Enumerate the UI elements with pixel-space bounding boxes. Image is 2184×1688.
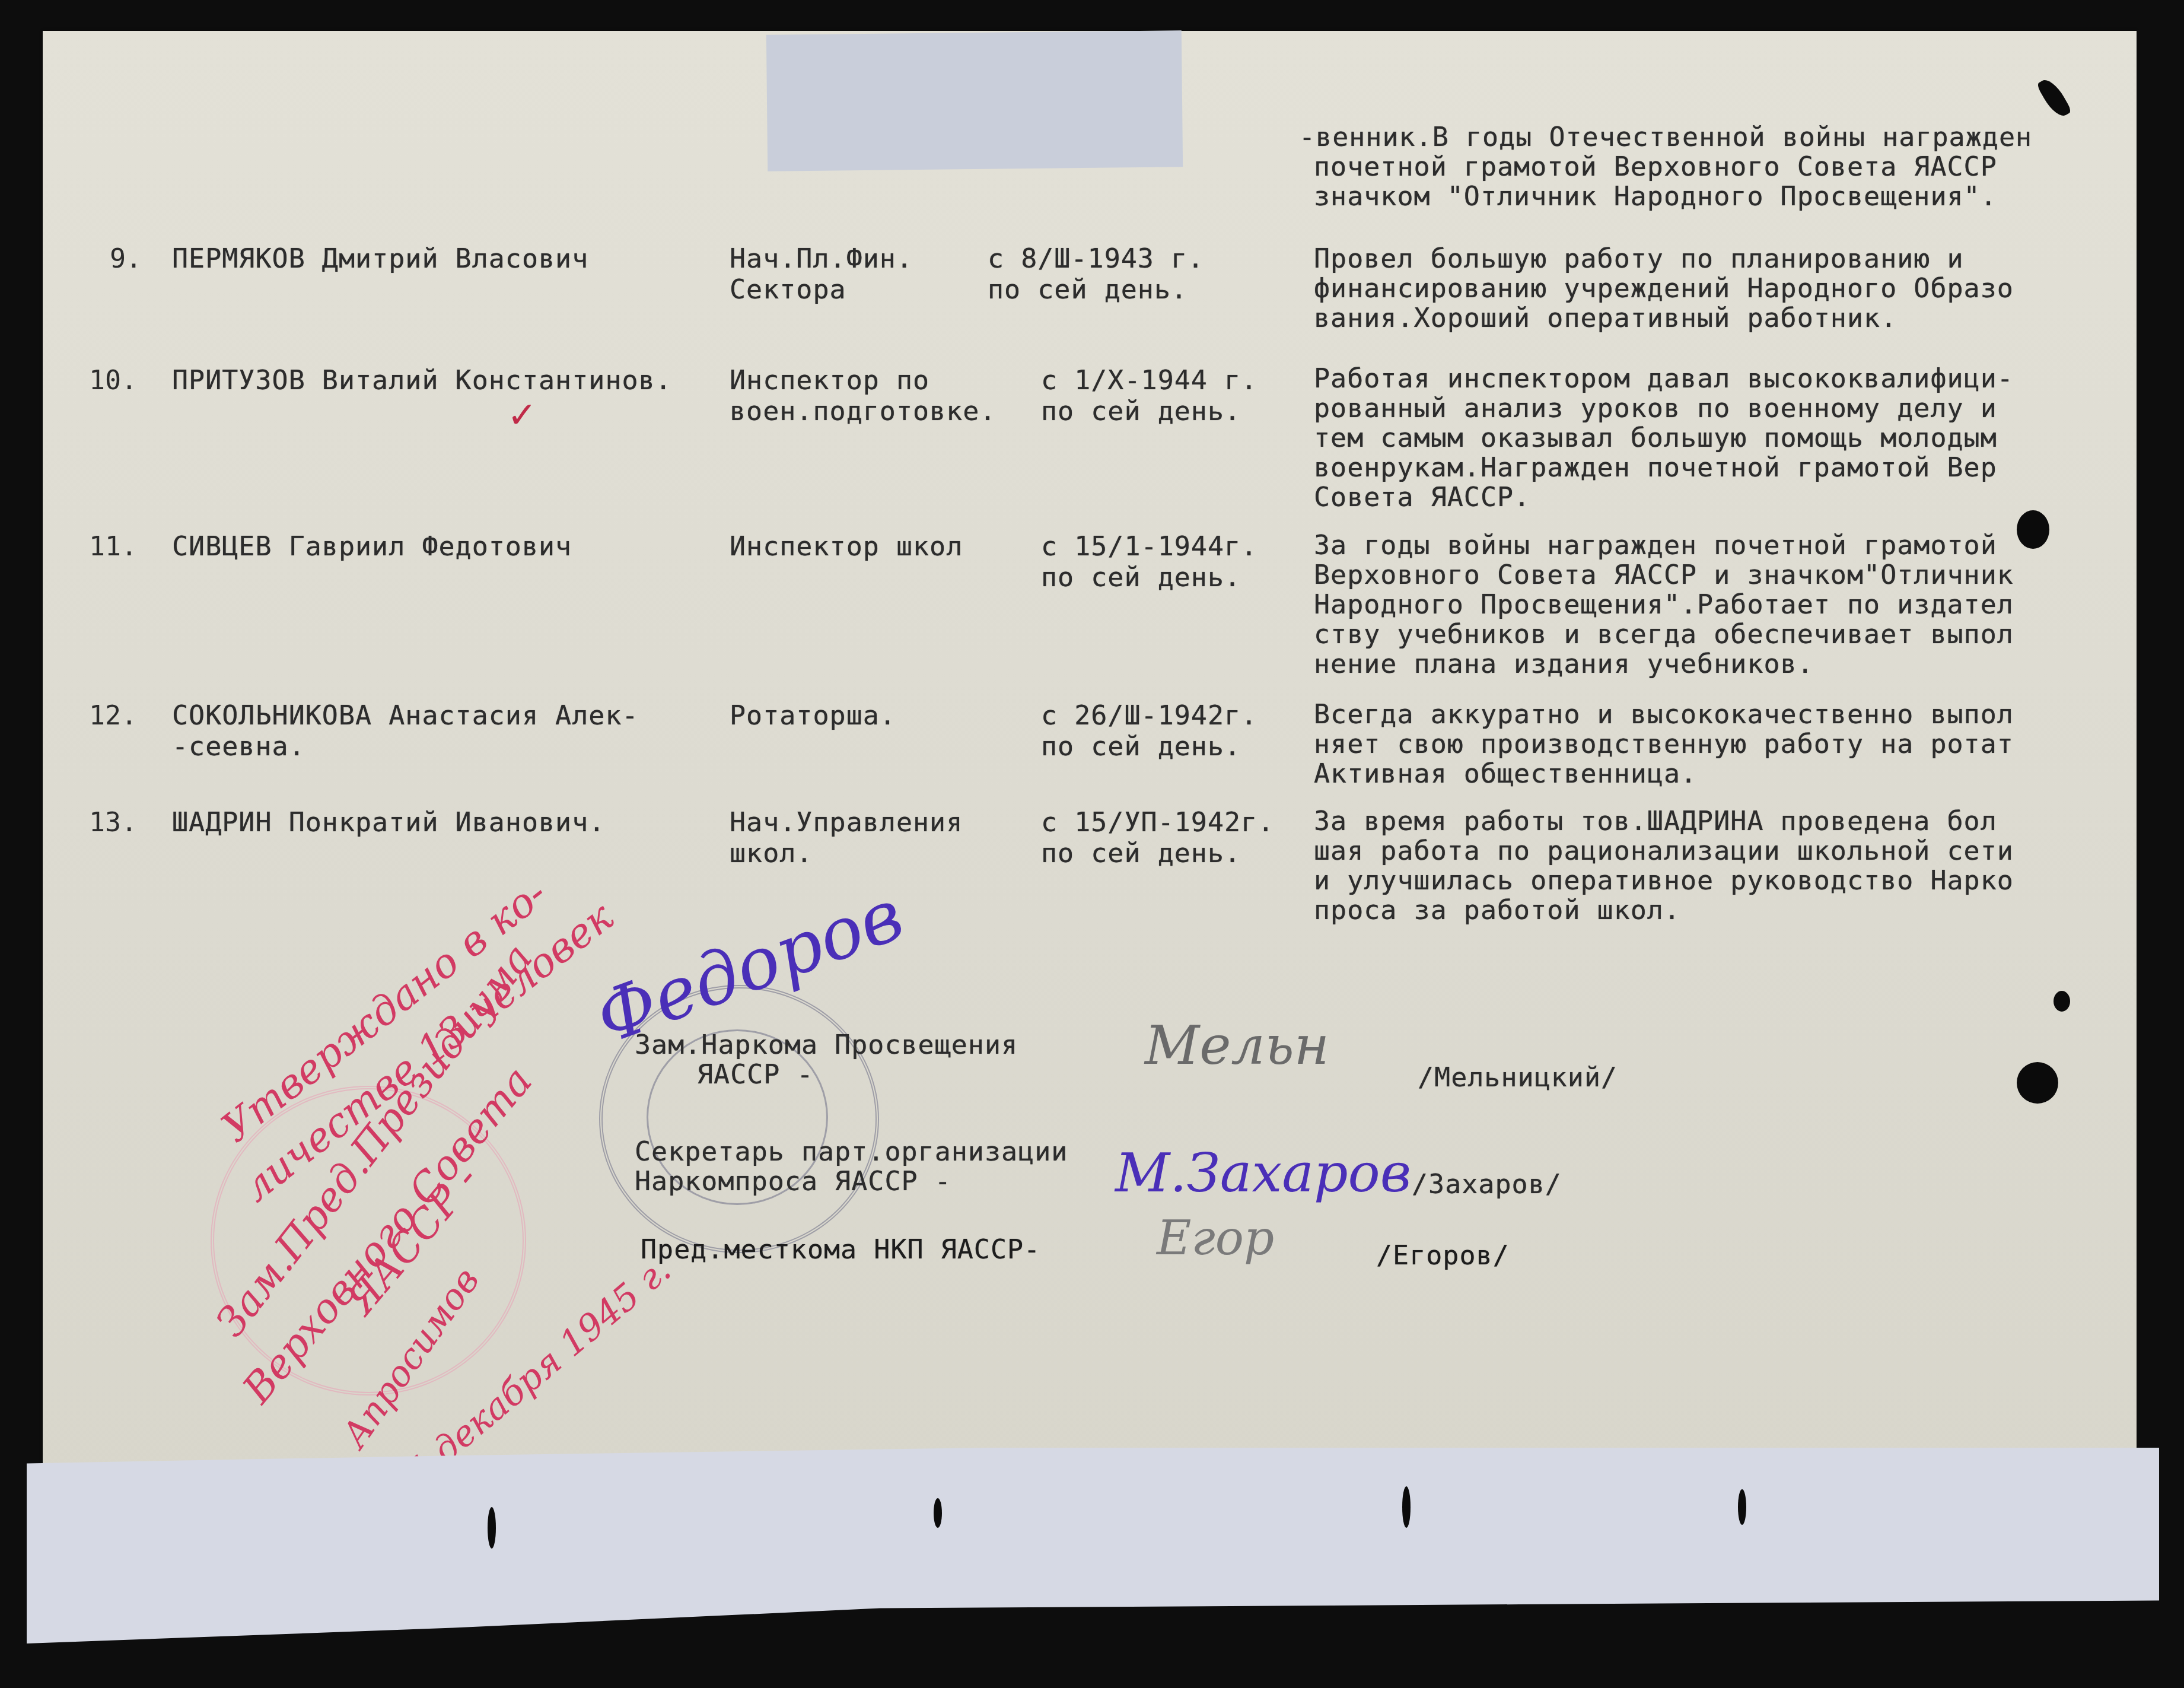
entry-characterization: Верховного Совета ЯАССР и значком"Отличн… xyxy=(1314,560,2014,590)
entry-name-continued: -сеевна. xyxy=(172,731,305,762)
entry-period: с 15/УП-1942г. xyxy=(1041,807,1274,838)
entry-characterization: ству учебников и всегда обеспечивает вып… xyxy=(1314,619,2014,650)
continuation-line: почетной грамотой Верховного Совета ЯАСС… xyxy=(1314,151,1997,182)
entry-period: по сей день. xyxy=(1041,396,1241,427)
entry-name: ШАДРИН Понкратий Иванович. xyxy=(172,807,605,838)
entry-period: с 8/Ш-1943 г. xyxy=(988,243,1204,274)
entry-name: ПРИТУЗОВ Виталий Константинов. xyxy=(172,365,672,396)
entry-characterization: Совета ЯАССР. xyxy=(1314,482,1530,513)
entry-characterization: няет свою производственную работу на рот… xyxy=(1314,729,2014,759)
signatory-title: Пред.месткома НКП ЯАССР- xyxy=(641,1234,1040,1265)
entry-name: СИВЦЕВ Гавриил Федотович xyxy=(172,531,572,562)
signatory-name: /Егоров/ xyxy=(1376,1240,1510,1271)
punch-hole xyxy=(488,1507,496,1549)
entry-characterization: вания.Хороший оперативный работник. xyxy=(1314,303,1897,333)
continuation-line: -венник.В годы Отечественной войны награ… xyxy=(1299,122,2032,152)
signatory-name: /Захаров/ xyxy=(1412,1169,1562,1200)
entry-characterization: За время работы тов.ШАДРИНА проведена бо… xyxy=(1314,806,1997,837)
punch-hole xyxy=(2017,510,2049,549)
entry-position: Нач.Управления xyxy=(730,807,963,838)
entry-characterization: рованный анализ уроков по военному делу … xyxy=(1314,393,1997,424)
signatory-title: Наркомпроса ЯАССР - xyxy=(635,1166,951,1197)
punch-hole xyxy=(2054,991,2070,1012)
entry-characterization: Всегда аккуратно и высококачественно вып… xyxy=(1314,699,2014,730)
entry-characterization: шая работа по рационализации школьной се… xyxy=(1314,835,2014,866)
punch-hole xyxy=(1402,1486,1411,1528)
entry-characterization: и улучшилась оперативное руководство Нар… xyxy=(1314,865,2014,896)
signatory-name: /Мельницкий/ xyxy=(1418,1062,1618,1093)
check-mark: ✓ xyxy=(507,395,537,436)
entry-period: с 1/Х-1944 г. xyxy=(1041,365,1257,396)
entry-characterization: Провел большую работу по планированию и xyxy=(1314,243,1964,274)
entry-characterization: военрукам.Награжден почетной грамотой Ве… xyxy=(1314,452,1997,483)
continuation-line: значком "Отличник Народного Просвещения"… xyxy=(1314,181,1997,212)
entry-position: Ротаторша. xyxy=(730,700,896,731)
entry-number: 13. xyxy=(89,807,137,838)
entry-position: Инспектор школ xyxy=(730,531,963,562)
entry-characterization: Активная общественница. xyxy=(1314,758,1697,789)
entry-period: по сей день. xyxy=(988,274,1187,305)
entry-characterization: тем самым оказывал большую помощь молоды… xyxy=(1314,422,1997,453)
entry-characterization: За годы войны награжден почетной грамото… xyxy=(1314,530,1997,561)
entry-position: Нач.Пл.Фин. xyxy=(730,243,913,274)
signature-egorov: Егор xyxy=(1157,1210,1274,1266)
entry-period: с 15/1-1944г. xyxy=(1041,531,1257,562)
entry-number: 12. xyxy=(89,700,137,731)
signatory-title: ЯАССР - xyxy=(697,1059,814,1090)
entry-position: Сектора xyxy=(730,274,846,305)
masking-label-top xyxy=(766,30,1183,171)
punch-hole xyxy=(934,1498,942,1528)
entry-number: 11. xyxy=(89,531,137,562)
entry-name: СОКОЛЬНИКОВА Анастасия Алек- xyxy=(172,700,639,731)
entry-position: Инспектор по xyxy=(730,365,929,396)
entry-period: по сей день. xyxy=(1041,731,1241,762)
entry-characterization: финансированию учреждений Народного Обра… xyxy=(1314,273,2014,304)
signatory-title: Зам.Наркома Просвещения xyxy=(635,1029,1018,1060)
signature-melnitsky: Мельн xyxy=(1145,1015,1329,1077)
signatory-title: Секретарь парт.организации xyxy=(635,1136,1068,1167)
punch-hole xyxy=(2017,1062,2058,1104)
punch-hole xyxy=(1738,1489,1746,1525)
entry-period: по сей день. xyxy=(1041,562,1241,593)
entry-characterization: Народного Просвещения".Работает по издат… xyxy=(1314,589,2014,620)
entry-characterization: проса за работой школ. xyxy=(1314,895,1680,926)
entry-characterization: Работая инспектором давал высококвалифиц… xyxy=(1314,363,2014,394)
entry-period: с 26/Ш-1942г. xyxy=(1041,700,1257,731)
signature-zakharov: М.Захаров xyxy=(1115,1142,1411,1204)
entry-number: 10. xyxy=(89,365,137,396)
entry-number: 9. xyxy=(110,243,142,274)
entry-position: воен.подготовке. xyxy=(730,396,996,427)
entry-position: школ. xyxy=(730,838,813,869)
entry-period: по сей день. xyxy=(1041,838,1241,869)
entry-name: ПЕРМЯКОВ Дмитрий Власович xyxy=(172,243,588,274)
masking-strip-bottom xyxy=(27,1448,2159,1644)
entry-characterization: нение плана издания учебников. xyxy=(1314,649,1814,679)
